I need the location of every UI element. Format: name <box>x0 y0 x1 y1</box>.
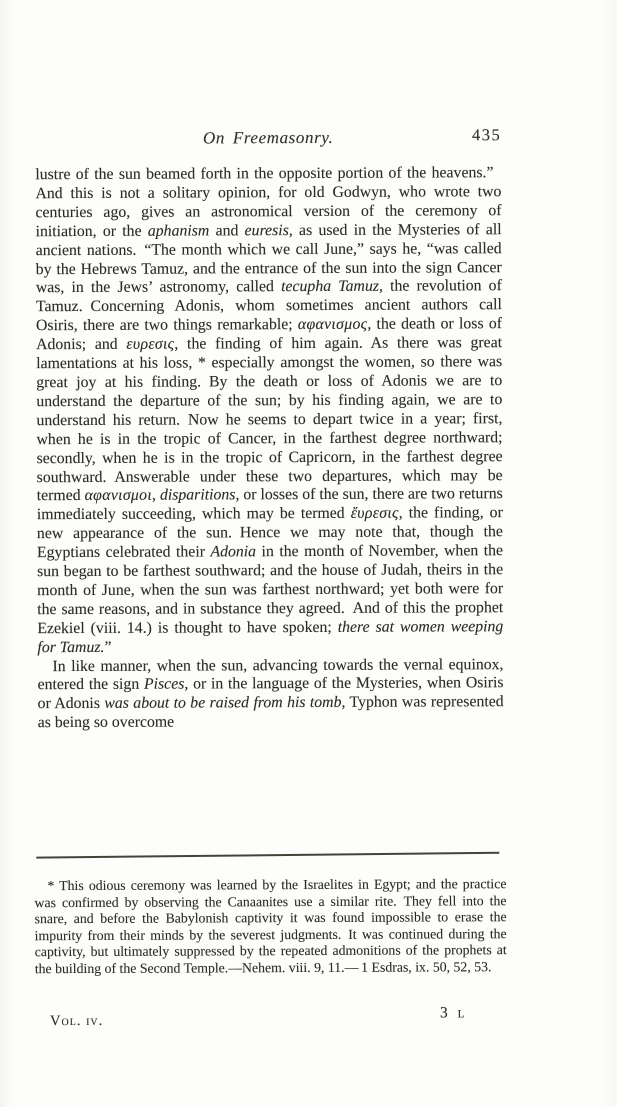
text-run: and <box>209 222 244 239</box>
page-content: On Freemasonry. 435 lustre of the sun be… <box>0 0 617 1107</box>
italic-phrase: was about to be raised from his tomb <box>104 694 341 712</box>
italic-phrase: Adonia <box>210 543 256 560</box>
footnote: * This odious ceremony was learned by th… <box>34 876 506 978</box>
text-run: * This odious ceremony was learned by th… <box>34 876 506 976</box>
book-page: On Freemasonry. 435 lustre of the sun be… <box>0 0 617 1107</box>
italic-phrase: tecupha Tamuz <box>281 278 379 295</box>
greek-term: ευρεσις <box>126 336 174 353</box>
italic-phrase: euresis <box>245 222 289 239</box>
text-run: , the finding of him again. As there was… <box>36 334 503 504</box>
running-title: On Freemasonry. <box>35 127 501 149</box>
page-number: 435 <box>472 125 501 145</box>
italic-phrase: aphanism <box>148 222 210 239</box>
body-text: lustre of the sun beamed forth in the op… <box>35 164 503 733</box>
greek-term: αφανισμος <box>298 316 368 333</box>
printer-signature: 3 l <box>440 1004 467 1022</box>
footnote-rule <box>36 852 499 858</box>
body-paragraph: lustre of the sun beamed forth in the op… <box>35 164 503 658</box>
greek-term: αφανισμοι <box>85 487 153 504</box>
footnote-paragraph: * This odious ceremony was learned by th… <box>34 876 506 978</box>
italic-phrase: Pisces <box>144 676 184 693</box>
body-paragraph: In like manner, when the sun, advancing … <box>37 656 503 734</box>
running-head: On Freemasonry. 435 <box>35 127 501 153</box>
greek-term: ἔυρεσις <box>351 505 399 522</box>
volume-label: Vol. iv. <box>50 1013 103 1030</box>
text-run: ” <box>104 639 111 656</box>
italic-phrase: disparitions <box>160 487 236 504</box>
